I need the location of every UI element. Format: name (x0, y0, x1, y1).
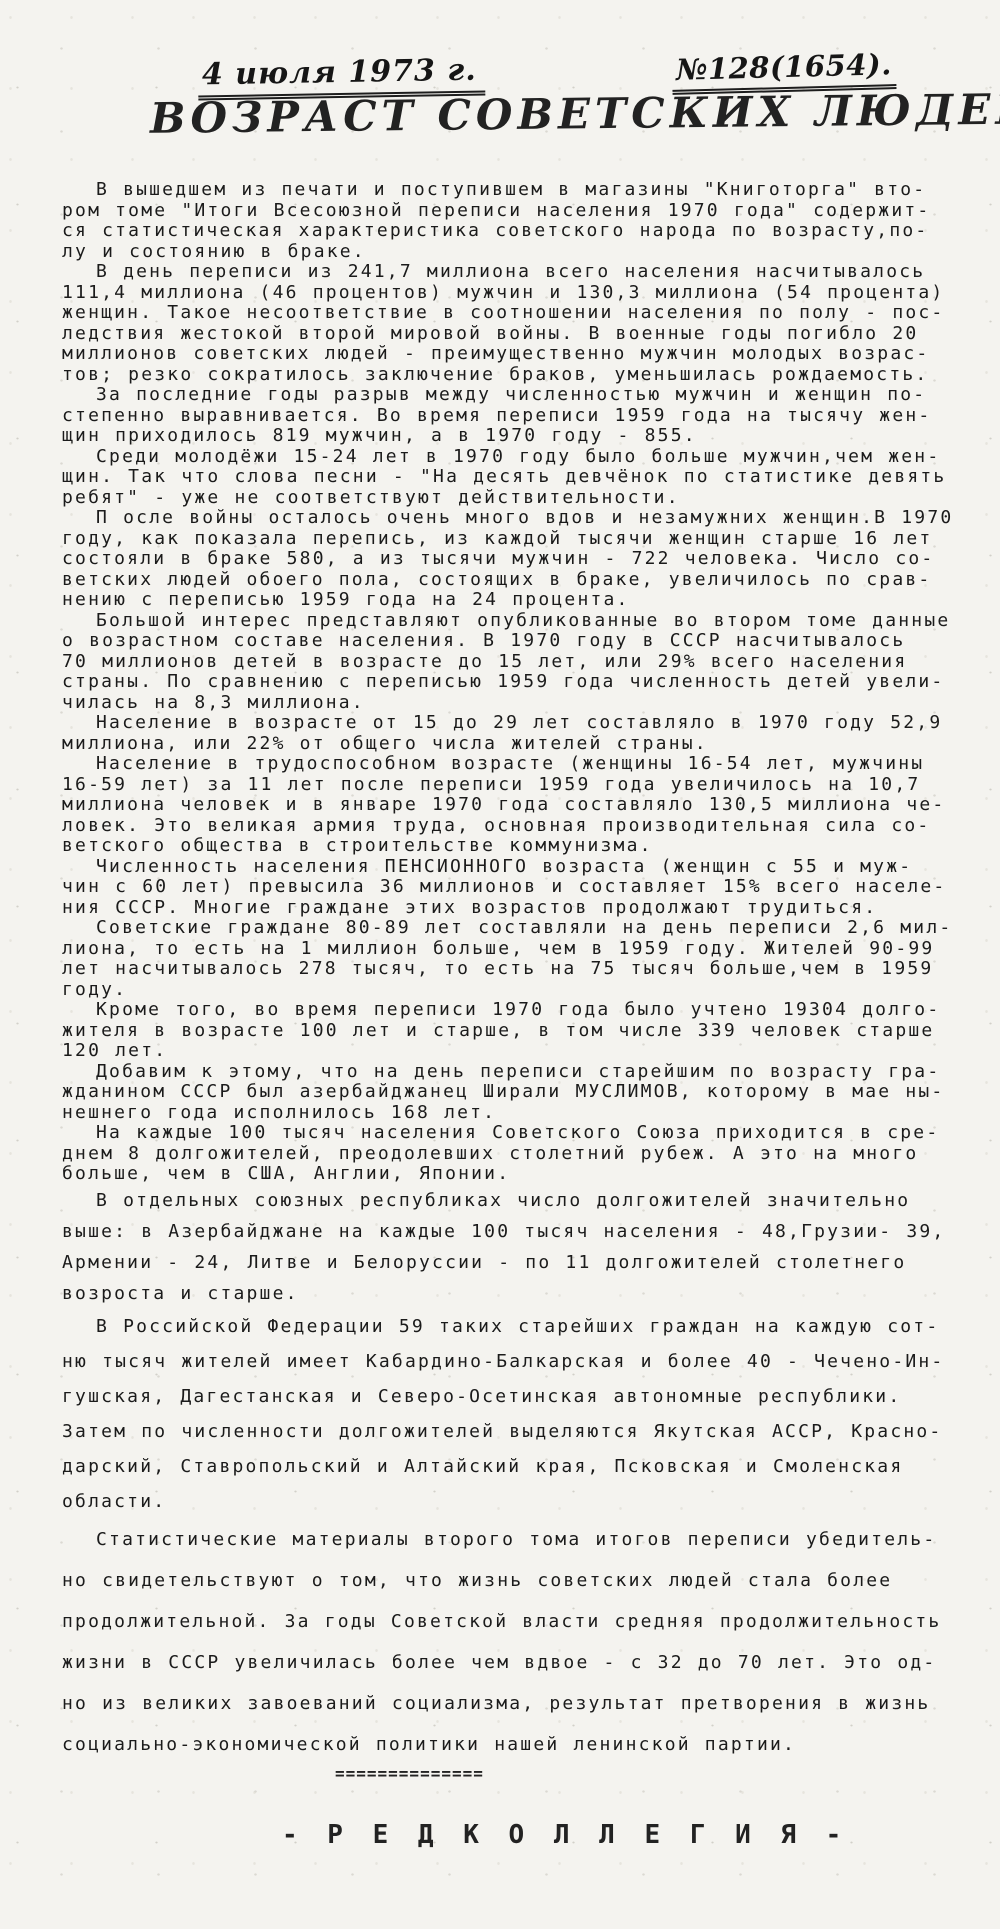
paragraph-12: Добавим к этому, что на день переписи ст… (62, 1062, 990, 1124)
paragraph-1: В вышедшем из печати и поступившем в маг… (62, 180, 990, 262)
scanned-document-page: 4 июля 1973 г. №128(1654). ВОЗРАСТ СОВЕТ… (0, 0, 1000, 1929)
article-body: В вышедшем из печати и поступившем в маг… (62, 180, 990, 1765)
document-title: ВОЗРАСТ СОВЕТСКИХ ЛЮДЕЙ. (150, 86, 870, 143)
paragraph-4: Среди молодёжи 15-24 лет в 1970 году был… (62, 447, 990, 509)
paragraph-9: Численность населения ПЕНСИОННОГО возрас… (62, 857, 990, 919)
paragraph-10: Советские граждане 80-89 лет составляли … (62, 918, 990, 1000)
paragraph-11: Кроме того, во время переписи 1970 года … (62, 1000, 990, 1062)
paragraph-15: В Российской Федерации 59 таких старейши… (62, 1309, 990, 1519)
paragraph-5: П осле войны осталось очень много вдов и… (62, 508, 990, 611)
editorial-board-signature: - Р Е Д К О Л Л Е Г И Я - (282, 1820, 848, 1850)
paragraph-8: Население в трудоспособном возрасте (жен… (62, 754, 990, 857)
paragraph-6: Большой интерес представляют опубликован… (62, 611, 990, 714)
typed-separator-line: ============== (335, 1764, 484, 1783)
paragraph-3: За последние годы разрыв между численнос… (62, 385, 990, 447)
paragraph-13: На каждые 100 тысяч населения Советского… (62, 1123, 990, 1185)
paragraph-2: В день переписи из 241,7 миллиона всего … (62, 262, 990, 385)
paragraph-14: В отдельных союзных республиках число до… (62, 1185, 990, 1309)
paragraph-7: Население в возрасте от 15 до 29 лет сос… (62, 713, 990, 754)
paragraph-16: Статистические материалы второго тома ит… (62, 1519, 990, 1765)
